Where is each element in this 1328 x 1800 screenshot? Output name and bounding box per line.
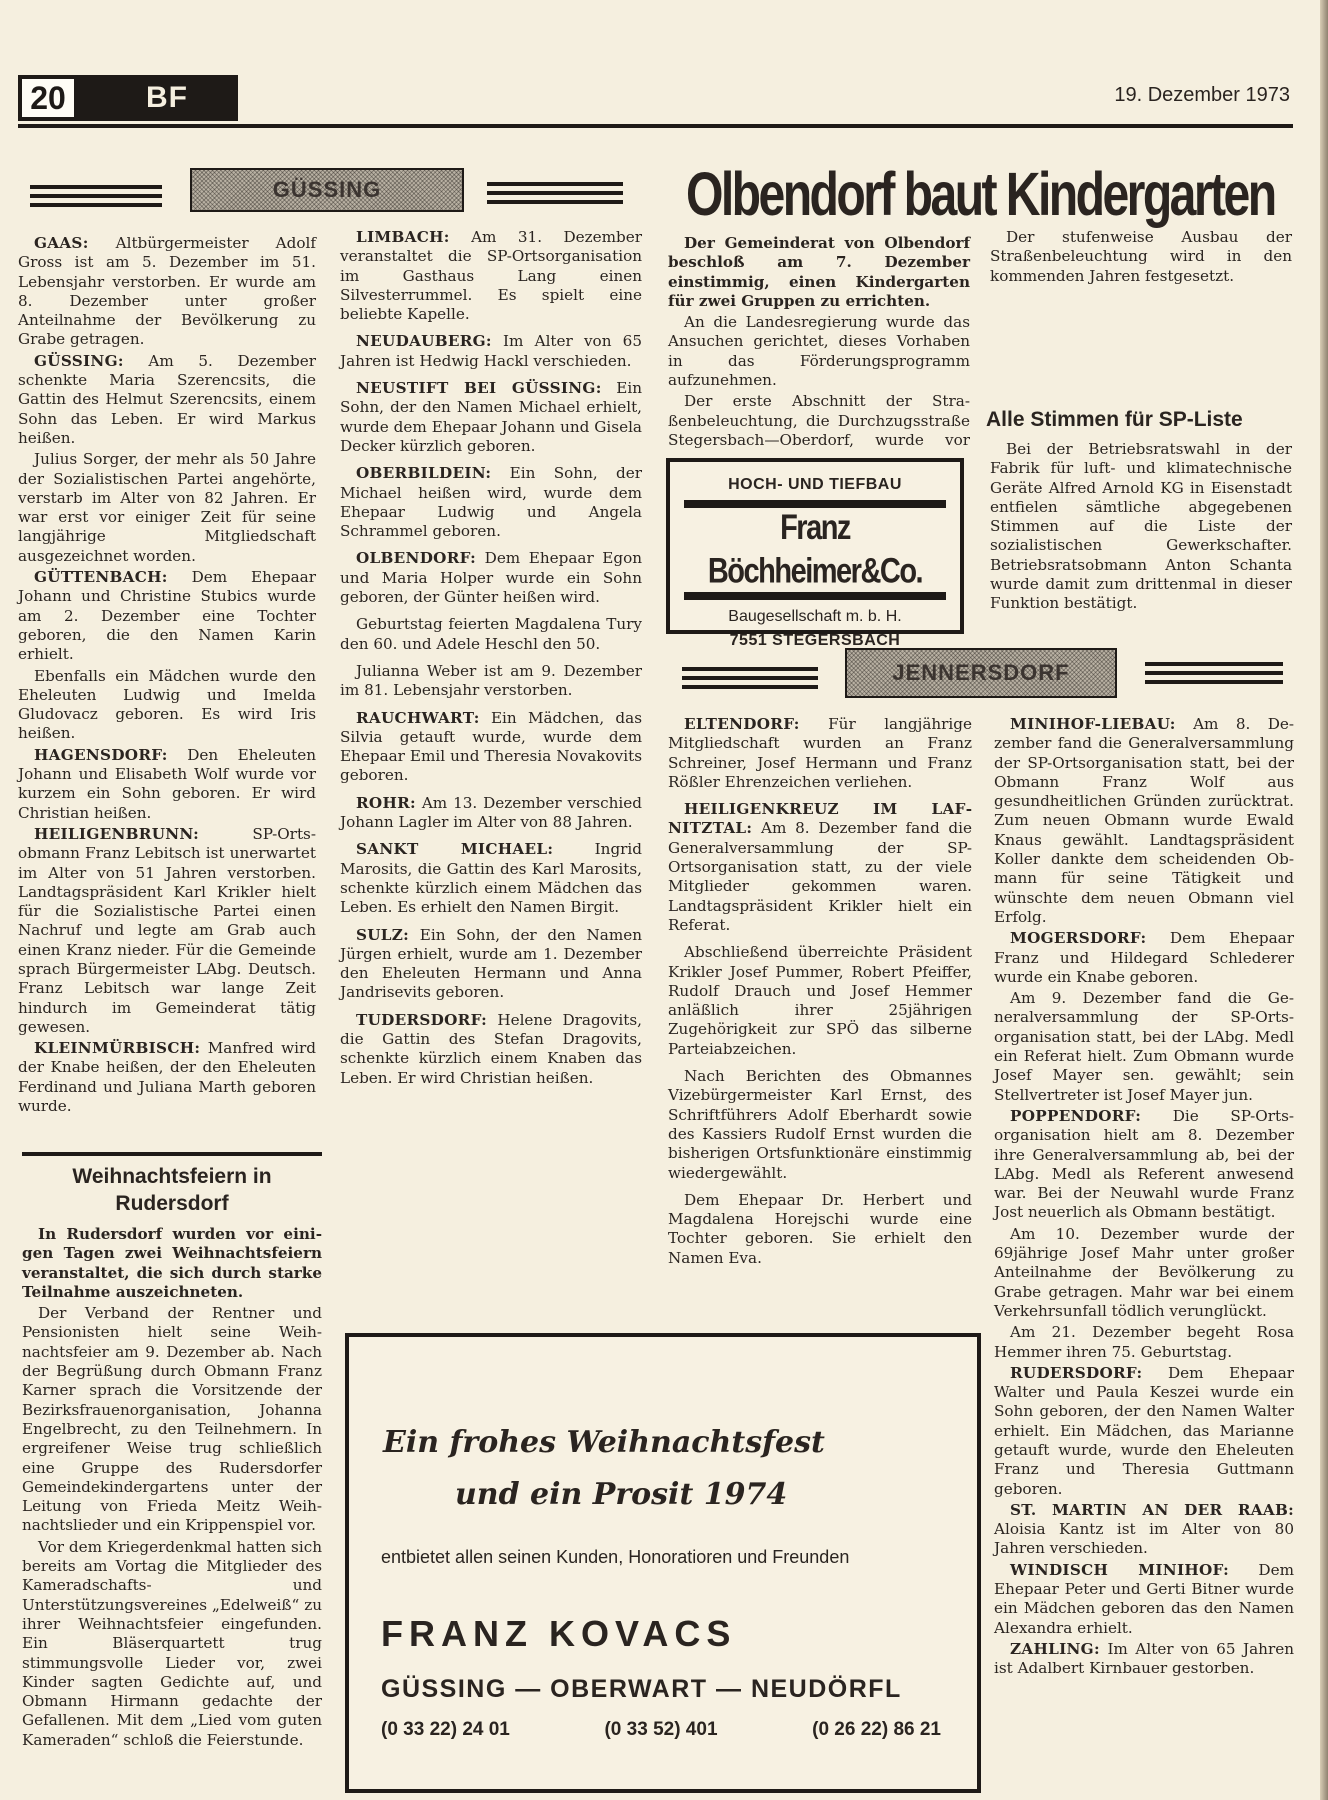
sp-liste-headline: Alle Stimmen für SP-Liste [986, 408, 1296, 432]
news-item: Ebenfalls ein Mädchen wurde den Eheleute… [18, 667, 316, 744]
news-item: HEILIGENBRUNN: SP-Orts­obmann Franz Lebi… [18, 825, 316, 1037]
news-item: WINDISCH MINIHOF: Dem Ehepaar Peter und … [994, 1561, 1294, 1638]
news-item: POPPENDORF: Die SP-Orts­organisation hie… [994, 1107, 1294, 1223]
column-4: MINIHOF-LIEBAU: Am 8. De­zember fand die… [994, 715, 1294, 1681]
news-item: KLEINMÜRBISCH: Manfred wird der Knabe he… [18, 1039, 316, 1116]
column-1: GAAS: Altbürgermeister Adolf Gross ist a… [18, 234, 316, 1118]
article-paragraph: Der erste Abschnitt der Stra­ßenbeleucht… [668, 392, 970, 450]
masthead: 20 BF [18, 75, 238, 121]
olbendorf-article-left: Der Gemeinderat von Olben­dorf beschloß … [668, 234, 970, 452]
ad-firm-name: FRANZ KOVACS [381, 1613, 736, 1655]
news-item: Am 10. Dezember wurde der 69jährige Jose… [994, 1225, 1294, 1321]
news-item: ZAHLING: Im Alter von 65 Jahren ist Adal… [994, 1640, 1294, 1679]
news-item: ROHR: Am 13. Dezember ver­schied Johann … [340, 794, 642, 833]
news-item: MINIHOF-LIEBAU: Am 8. De­zember fand die… [994, 715, 1294, 927]
news-item: Nach Berichten des Obmannes Vizebürgerme… [668, 1067, 972, 1183]
article-paragraph: Bei der Betriebsratswahl in der Fabrik f… [990, 440, 1292, 614]
news-item: ST. MARTIN AN DER RAAB: Aloisia Kantz is… [994, 1501, 1294, 1559]
column-2: LIMBACH: Am 31. Dezember veranstaltet di… [340, 228, 642, 1096]
issue-date: 19. Dezember 1973 [1114, 84, 1290, 107]
sp-liste-article: Bei der Betriebsratswahl in der Fabrik f… [990, 440, 1292, 616]
news-item: MOGERSDORF: Dem Ehepaar Franz und Hildeg… [994, 929, 1294, 987]
ad-greeting-line1: Ein frohes Weihnachtsfest [383, 1425, 825, 1460]
rudersdorf-article: In Rudersdorf wurden vor eini­gen Tagen … [22, 1225, 322, 1752]
news-item: SULZ: Ein Sohn, der den Na­men Jürgen er… [340, 926, 642, 1003]
news-item: HEILIGENKREUZ IM LAF­NITZTAL: Am 8. Deze… [668, 800, 972, 935]
ad-towns: GÜSSING — OBERWART — NEUDÖRFL [381, 1675, 902, 1704]
article-paragraph: Vor dem Kriegerdenkmal hatten sich berei… [22, 1538, 322, 1750]
section-banner-jennersdorf: JENNERSDORF [845, 648, 1117, 698]
olbendorf-article-right: Der stufenweise Ausbau der Straßenbeleuc… [990, 228, 1292, 288]
column-3: ELTENDORF: Für langjährige Mitgliedschaf… [668, 715, 972, 1276]
advertisement-boechheimer: HOCH- UND TIEFBAU Franz Böchheimer&Co. B… [666, 458, 964, 634]
news-item: GÜSSING: Am 5. Dezember schenkte Maria S… [18, 352, 316, 448]
ad-subtitle: Baugesellschaft m. b. H. [670, 608, 960, 626]
news-item: GÜTTENBACH: Dem Ehepaar Johann und Chris… [18, 568, 316, 664]
news-item: LIMBACH: Am 31. Dezember veranstaltet di… [340, 228, 642, 324]
ad-phone-numbers: (0 33 22) 24 01 (0 33 52) 401 (0 26 22) … [381, 1719, 941, 1741]
banner-rule-left [682, 667, 818, 689]
news-item: TUDERSDORF: Helene Drago­vits, die Gatti… [340, 1011, 642, 1088]
olbendorf-headline: Olbendorf baut Kindergarten [686, 158, 1193, 231]
article-lead: In Rudersdorf wurden vor eini­gen Tagen … [22, 1225, 322, 1302]
rudersdorf-headline: Weihnachtsfeiern in Rudersdorf [18, 1163, 326, 1217]
ad-greeting-text: entbietet allen seinen Kunden, Honoratio… [381, 1547, 849, 1568]
section-banner-guessing: GÜSSING [190, 168, 464, 212]
article-paragraph: Der stufenweise Ausbau der Straßenbeleuc… [990, 228, 1292, 286]
page-number: 20 [20, 77, 76, 119]
news-item: Am 21. Dezember begeht Rosa Hemmer ihren… [994, 1323, 1294, 1362]
news-item: NEUDAUBERG: Im Alter von 65 Jahren ist H… [340, 332, 642, 371]
banner-rule-left [30, 185, 162, 207]
news-item: Geburtstag feierten Magdalena Tury den 6… [340, 615, 642, 654]
news-item: Dem Ehepaar Dr. Herbert und Magdalena Ho… [668, 1191, 972, 1268]
news-item: HAGENSDORF: Den Eheleu­ten Johann und El… [18, 746, 316, 823]
advertisement-kovacs: Ein frohes Weihnachtsfest und ein Prosit… [345, 1333, 981, 1793]
ad-firm-name: Franz Böchheimer&Co. [670, 507, 960, 593]
news-item: Am 9. Dezember fand die Ge­neralversamml… [994, 989, 1294, 1105]
news-item: NEUSTIFT BEI GÜSSING: Ein Sohn, der den … [340, 379, 642, 456]
news-item: Abschließend überreichte Prä­sident Krik… [668, 943, 972, 1059]
news-item: OLBENDORF: Dem Ehepaar Egon und Maria Ho… [340, 549, 642, 607]
ad-greeting-line2: und ein Prosit 1974 [455, 1477, 787, 1512]
news-item: ELTENDORF: Für langjährige Mitgliedschaf… [668, 715, 972, 792]
banner-rule-right [1145, 662, 1283, 684]
news-item: Julianna Weber ist am 9. De­zember im 81… [340, 662, 642, 701]
article-paragraph: Der Verband der Rentner und Pensionisten… [22, 1304, 322, 1536]
header-rule [18, 124, 1293, 128]
article-lead: Der Gemeinderat von Olben­dorf beschloß … [668, 234, 970, 311]
news-item: SANKT MICHAEL: Ingrid Marosits, die Gatt… [340, 840, 642, 917]
ad-phone: (0 26 22) 86 21 [812, 1719, 941, 1741]
section-code: BF [146, 81, 188, 115]
ad-tagline: HOCH- UND TIEFBAU [670, 476, 960, 494]
ad-phone: (0 33 52) 401 [604, 1719, 717, 1741]
banner-rule-right [487, 182, 623, 204]
news-item: OBERBILDEIN: Ein Sohn, der Michael heiße… [340, 464, 642, 541]
news-item: RAUCHWART: Ein Mädchen, das Silvia getau… [340, 709, 642, 786]
ad-phone: (0 33 22) 24 01 [381, 1719, 510, 1741]
article-divider [22, 1152, 322, 1156]
article-paragraph: An die Landesregierung wurde das Ansuche… [668, 313, 970, 390]
news-item: RUDERSDORF: Dem Ehepaar Walter und Paula… [994, 1364, 1294, 1499]
news-item: GAAS: Altbürgermeister Adolf Gross ist a… [18, 234, 316, 350]
page-edge [1320, 0, 1328, 1800]
news-item: Julius Sorger, der mehr als 50 Jahre der… [18, 450, 316, 566]
